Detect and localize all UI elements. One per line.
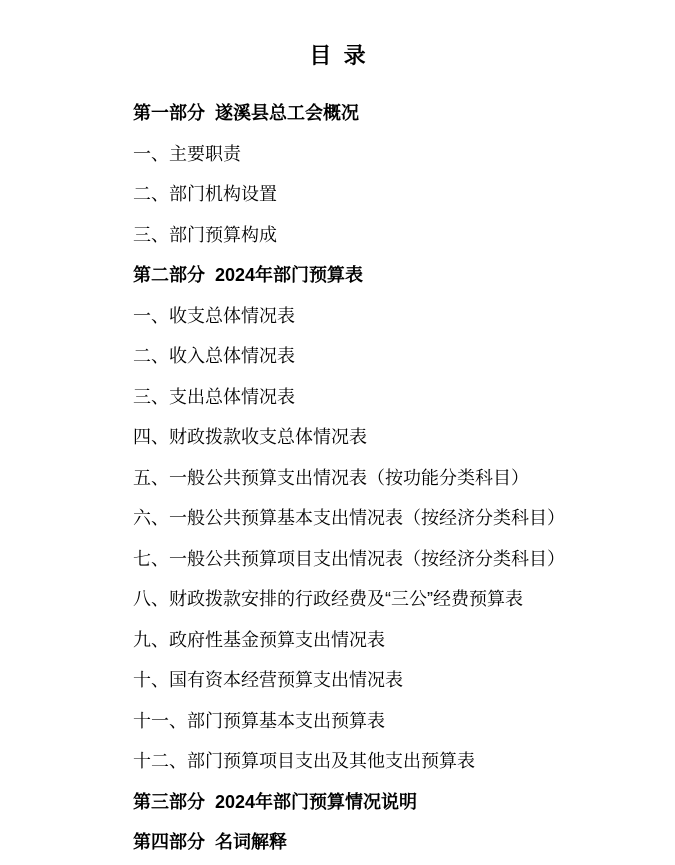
toc-section-heading: 第四部分 名词解释 <box>133 822 565 863</box>
table-of-contents: 第一部分 遂溪县总工会概况一、主要职责二、部门机构设置三、部门预算构成第二部分 … <box>133 93 565 863</box>
toc-entry: 九、政府性基金预算支出情况表 <box>133 620 565 661</box>
toc-entry: 六、一般公共预算基本支出情况表（按经济分类科目） <box>133 498 565 539</box>
toc-entry: 七、一般公共预算项目支出情况表（按经济分类科目） <box>133 539 565 580</box>
toc-entry: 十一、部门预算基本支出预算表 <box>133 701 565 742</box>
toc-entry: 十、国有资本经营预算支出情况表 <box>133 660 565 701</box>
toc-section-heading: 第二部分 2024年部门预算表 <box>133 255 565 296</box>
page-title: 目 录 <box>0 43 675 69</box>
document-page: 目 录 第一部分 遂溪县总工会概况一、主要职责二、部门机构设置三、部门预算构成第… <box>0 0 675 865</box>
toc-entry: 三、支出总体情况表 <box>133 377 565 418</box>
toc-entry: 四、财政拨款收支总体情况表 <box>133 417 565 458</box>
toc-entry: 一、主要职责 <box>133 134 565 175</box>
toc-entry: 一、收支总体情况表 <box>133 296 565 337</box>
toc-entry: 五、一般公共预算支出情况表（按功能分类科目） <box>133 458 565 499</box>
toc-section-heading: 第一部分 遂溪县总工会概况 <box>133 93 565 134</box>
toc-entry: 二、部门机构设置 <box>133 174 565 215</box>
toc-entry: 八、财政拨款安排的行政经费及“三公”经费预算表 <box>133 579 565 620</box>
toc-section-heading: 第三部分 2024年部门预算情况说明 <box>133 782 565 823</box>
toc-entry: 二、收入总体情况表 <box>133 336 565 377</box>
toc-entry: 三、部门预算构成 <box>133 215 565 256</box>
toc-entry: 十二、部门预算项目支出及其他支出预算表 <box>133 741 565 782</box>
